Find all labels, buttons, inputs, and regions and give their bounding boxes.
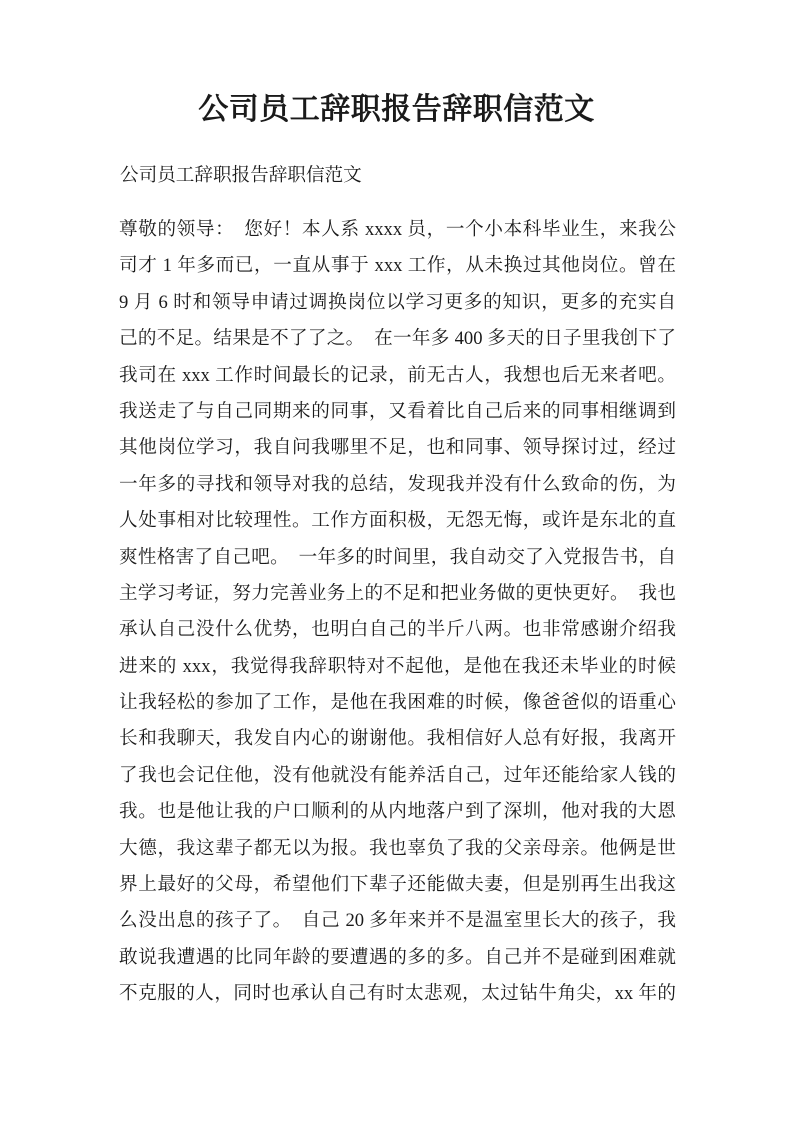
body-line: 人处事相对比较理性。工作方面积极，无怨无悔，或许是东北的直 — [119, 503, 676, 539]
body-line: 界上最好的父母，希望他们下辈子还能做夫妻，但是别再生出我这 — [119, 867, 676, 903]
body-line: 主学习考证，努力完善业务上的不足和把业务做的更快更好。 我也 — [119, 576, 676, 612]
body-line: 么没出息的孩子了。 自己 20 多年来并不是温室里长大的孩子，我 — [119, 903, 676, 939]
body-line: 司才 1 年多而已，一直从事于 xxx 工作，从未换过其他岗位。曾在 — [119, 248, 676, 284]
body-line: 敢说我遭遇的比同年龄的要遭遇的多的多。自己并不是碰到困难就 — [119, 940, 676, 976]
body-line: 其他岗位学习，我自问我哪里不足，也和同事、领导探讨过，经过 — [119, 430, 676, 466]
body-line: 己的不足。结果是不了了之。 在一年多 400 多天的日子里我创下了 — [119, 321, 676, 357]
body-line: 了我也会记住他，没有他就没有能养活自己，过年还能给家人钱的 — [119, 758, 676, 794]
body-line: 尊敬的领导： 您好！本人系 xxxx 员，一个小本科毕业生，来我公 — [119, 212, 676, 248]
body-line: 一年多的寻找和领导对我的总结，发现我并没有什么致命的伤，为 — [119, 467, 676, 503]
document-page: 公司员工辞职报告辞职信范文 公司员工辞职报告辞职信范文 尊敬的领导： 您好！本人… — [0, 0, 793, 1122]
body-line: 我司在 xxx 工作时间最长的记录，前无古人，我想也后无来者吧。 — [119, 358, 676, 394]
body-line: 大德，我这辈子都无以为报。我也辜负了我的父亲母亲。他俩是世 — [119, 831, 676, 867]
body-line: 我。也是他让我的户口顺利的从内地落户到了深圳，他对我的大恩 — [119, 794, 676, 830]
document-title: 公司员工辞职报告辞职信范文 — [0, 92, 793, 128]
document-body: 尊敬的领导： 您好！本人系 xxxx 员，一个小本科毕业生，来我公 司才 1 年… — [119, 212, 676, 1013]
document-subtitle: 公司员工辞职报告辞职信范文 — [120, 165, 677, 187]
body-line: 不克服的人，同时也承认自己有时太悲观，太过钻牛角尖，xx 年的 — [119, 976, 676, 1012]
body-line: 承认自己没什么优势，也明白自己的半斤八两。也非常感谢介绍我 — [119, 612, 676, 648]
body-line: 长和我聊天，我发自内心的谢谢他。我相信好人总有好报，我离开 — [119, 721, 676, 757]
body-line: 我送走了与自己同期来的同事，又看着比自己后来的同事相继调到 — [119, 394, 676, 430]
body-line: 9 月 6 时和领导申请过调换岗位以学习更多的知识，更多的充实自 — [119, 285, 676, 321]
body-line: 进来的 xxx，我觉得我辞职特对不起他，是他在我还未毕业的时候 — [119, 649, 676, 685]
body-line: 爽性格害了自己吧。 一年多的时间里，我自动交了入党报告书，自 — [119, 540, 676, 576]
body-line: 让我轻松的参加了工作，是他在我困难的时候，像爸爸似的语重心 — [119, 685, 676, 721]
